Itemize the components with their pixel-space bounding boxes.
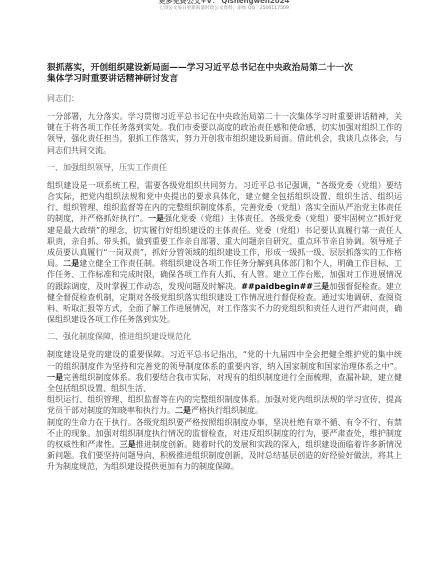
section-2-text: 制度建设是党的建设的重要保障。习近平总书记指出，“党的十九届四中全会把健全维护党…	[47, 350, 402, 370]
s2-point-3-label: 三是	[120, 440, 136, 449]
intro-paragraph: 一分部署，九分落实。学习贯彻习近平总书记在中央政治局第二十一次集体学习时重要讲话…	[47, 111, 402, 156]
section-1-paragraph: 组织建设是一项系统工程，需要各级党组织共同努力。习近平总书记强调，“各级党委（党…	[47, 180, 402, 326]
section-1-heading: 一、加强组织领导，压实工作责任	[47, 162, 402, 173]
point-1-label: 一是	[148, 214, 164, 223]
page-header: 更多免费公文+V： Qishengwen2024 七哥公文每日更新海量时政公文资…	[0, 0, 448, 12]
title-line-2: 集体学习时重要讲话精神研讨发言	[47, 74, 402, 85]
title-line-1: 狠抓落实，开创组织建设新局面——学习习近平总书记在中央政治局第二十一次	[47, 63, 402, 74]
s2-point-1-label: 一是	[47, 373, 63, 382]
paid-marker: ##paidbegin##	[241, 282, 313, 291]
point-2-label: 二是	[63, 259, 79, 268]
s2-point-2-title: 严格执行组织制度。	[191, 406, 263, 415]
section-2-paragraph: 制度建设是党的建设的重要保障。习近平总书记指出，“党的十九届四中全会把健全维护党…	[47, 349, 402, 472]
document-title: 狠抓落实，开创组织建设新局面——学习习近平总书记在中央政治局第二十一次 集体学习…	[47, 63, 402, 85]
greeting: 同志们：	[47, 93, 402, 104]
header-contact-line: 七哥公文每日更新海量时政公文资料，添加 QQ：2506117509	[0, 5, 448, 12]
point-3-label: 三是	[313, 282, 329, 291]
document-body: 狠抓落实，开创组织建设新局面——学习习近平总书记在中央政治局第二十一次 集体学习…	[47, 63, 402, 473]
section-2-heading: 二、强化制度保障，推进组织建设规范化	[47, 331, 402, 342]
s2-point-2-label: 二是	[175, 406, 191, 415]
s2-point-1-text: 完善组织制度体系。我们要结合我市实际，对现有的组织制度进行全面梳理，查漏补缺，建…	[47, 373, 402, 393]
